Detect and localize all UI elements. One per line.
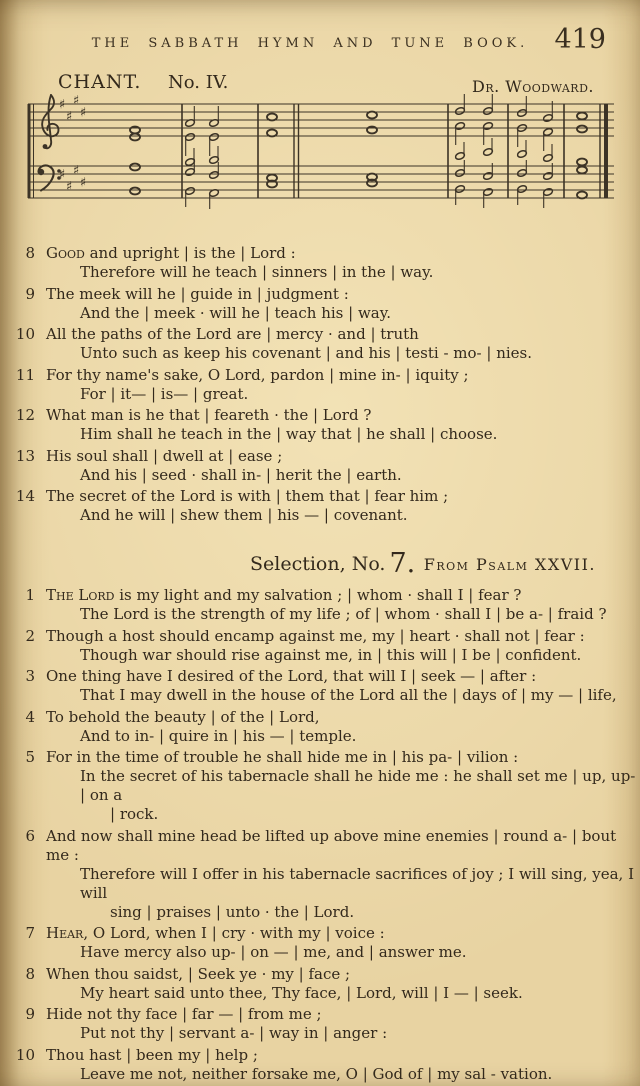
verse: 5For in the time of trouble he shall hid… — [0, 748, 640, 824]
verse-line: What man is he that | feareth · the | Lo… — [46, 406, 640, 425]
verse-number: 9 — [0, 1005, 46, 1043]
verse-line: The Lord is my light and my salvation ; … — [46, 586, 640, 605]
barlines — [29, 104, 606, 198]
bass-clef-icon — [38, 165, 61, 190]
smallcaps-text: Hear — [46, 924, 83, 942]
verse-line: And to in- | quire in | his — | temple. — [46, 727, 640, 746]
page-number: 419 — [554, 24, 606, 55]
verse: 1The Lord is my light and my salvation ;… — [0, 586, 640, 624]
chant-title: CHANT. — [58, 71, 141, 93]
verse-line: When thou saidst, | Seek ye · my | face … — [46, 965, 640, 984]
verse-lines: The meek will he | guide in | judgment :… — [46, 285, 640, 323]
selection-title-text: Selection, No. — [250, 553, 385, 575]
selection-source: From Psalm XXVII. — [424, 555, 596, 574]
svg-text:♯: ♯ — [80, 106, 86, 121]
verse-lines: And now shall mine head be lifted up abo… — [46, 827, 640, 922]
svg-text:♯: ♯ — [59, 98, 65, 113]
verse-line: My heart said unto thee, Thy face, | Lor… — [46, 984, 640, 1003]
verse-line: One thing have I desired of the Lord, th… — [46, 667, 640, 686]
verse-line: The secret of the Lord is with | them th… — [46, 487, 640, 506]
verse-lines: Thou hast | been my | help ;Leave me not… — [46, 1046, 640, 1084]
verse: 10Thou hast | been my | help ;Leave me n… — [0, 1046, 640, 1084]
verse-line: Hide not thy face | far — | from me ; — [46, 1005, 640, 1024]
verse-lines: Good and upright | is the | Lord :Theref… — [46, 244, 640, 282]
notes — [130, 94, 587, 209]
verse-line: | rock. — [46, 805, 640, 824]
selection-verses-list: 1The Lord is my light and my salvation ;… — [0, 586, 640, 1086]
verse: 11For thy name's sake, O Lord, pardon | … — [0, 366, 640, 404]
verse-line: For in the time of trouble he shall hide… — [46, 748, 640, 767]
verse-lines: For in the time of trouble he shall hide… — [46, 748, 640, 824]
verse-number: 10 — [0, 1046, 46, 1084]
verse-number: 13 — [0, 447, 46, 485]
verse-line: Leave me not, neither forsake me, O | Go… — [46, 1065, 640, 1084]
verse-number: 8 — [0, 244, 46, 282]
chant-verses-list: 8Good and upright | is the | Lord :There… — [0, 244, 640, 528]
verse-number: 4 — [0, 708, 46, 746]
verse: 8When thou saidst, | Seek ye · my | face… — [0, 965, 640, 1003]
svg-text:♯: ♯ — [59, 168, 65, 183]
book-page: THE SABBATH HYMN AND TUNE BOOK. 419 CHAN… — [0, 0, 640, 1086]
smallcaps-text: The Lord — [46, 586, 114, 604]
verse-line: Therefore will he teach | sinners | in t… — [46, 263, 640, 282]
verse-line: Him shall he teach in the | way that | h… — [46, 425, 640, 444]
verse-line: In the secret of his tabernacle shall he… — [46, 767, 640, 805]
verse-line: Good and upright | is the | Lord : — [46, 244, 640, 263]
svg-text:♯: ♯ — [73, 94, 79, 109]
verse-line: And now shall mine head be lifted up abo… — [46, 827, 640, 865]
verse: 14The secret of the Lord is with | them … — [0, 487, 640, 525]
smallcaps-text: Good — [46, 244, 85, 262]
verse-line: Unto such as keep his covenant | and his… — [46, 344, 640, 363]
verse-line: And his | seed · shall in- | herit the |… — [46, 466, 640, 485]
verse: 7Hear, O Lord, when I | cry · with my | … — [0, 924, 640, 962]
verse-lines: One thing have I desired of the Lord, th… — [46, 667, 640, 705]
verse-line: Hear, O Lord, when I | cry · with my | v… — [46, 924, 640, 943]
verse-line: And he will | shew them | his — | covena… — [46, 506, 640, 525]
verse-number: 2 — [0, 627, 46, 665]
verse: 3One thing have I desired of the Lord, t… — [0, 667, 640, 705]
verse-line: To behold the beauty | of the | Lord, — [46, 708, 640, 727]
verse-line: Though war should rise against me, in | … — [46, 646, 640, 665]
verse: 12What man is he that | feareth · the | … — [0, 406, 640, 444]
verse-number: 11 — [0, 366, 46, 404]
verse: 6And now shall mine head be lifted up ab… — [0, 827, 640, 922]
verse-lines: His soul shall | dwell at | ease ;And hi… — [46, 447, 640, 485]
verse-number: 14 — [0, 487, 46, 525]
verse-lines: The Lord is my light and my salvation ; … — [46, 586, 640, 624]
verse-lines: When thou saidst, | Seek ye · my | face … — [46, 965, 640, 1003]
verse-line: The meek will he | guide in | judgment : — [46, 285, 640, 304]
chant-score: ♯♯♯♯♯♯♯♯ — [14, 92, 626, 220]
chant-number: No. IV. — [168, 72, 228, 93]
verse-line: For | it— | is— | great. — [46, 385, 640, 404]
verse-number: 8 — [0, 965, 46, 1003]
verse-line: And the | meek · will he | teach his | w… — [46, 304, 640, 323]
verse-line: All the paths of the Lord are | mercy · … — [46, 325, 640, 344]
verse-line: Put not thy | servant a- | way in | ange… — [46, 1024, 640, 1043]
verse-number: 10 — [0, 325, 46, 363]
verse-number: 6 — [0, 827, 46, 922]
verse: 13His soul shall | dwell at | ease ;And … — [0, 447, 640, 485]
verse-number: 9 — [0, 285, 46, 323]
verse-lines: The secret of the Lord is with | them th… — [46, 487, 640, 525]
verse-number: 12 — [0, 406, 46, 444]
verse-line: For thy name's sake, O Lord, pardon | mi… — [46, 366, 640, 385]
verse-lines: All the paths of the Lord are | mercy · … — [46, 325, 640, 363]
svg-text:♯: ♯ — [66, 110, 72, 125]
verse-line: His soul shall | dwell at | ease ; — [46, 447, 640, 466]
verse-line: sing | praises | unto · the | Lord. — [46, 903, 640, 922]
verse-number: 5 — [0, 748, 46, 824]
verse-lines: To behold the beauty | of the | Lord,And… — [46, 708, 640, 746]
verse: 8Good and upright | is the | Lord :There… — [0, 244, 640, 282]
verse: 4To behold the beauty | of the | Lord,An… — [0, 708, 640, 746]
verse-lines: Hide not thy face | far — | from me ;Put… — [46, 1005, 640, 1043]
verse-lines: Hear, O Lord, when I | cry · with my | v… — [46, 924, 640, 962]
treble-clef-icon — [42, 95, 58, 149]
verse: 9The meek will he | guide in | judgment … — [0, 285, 640, 323]
verse-line: That I may dwell in the house of the Lor… — [46, 686, 640, 705]
selection-number: 7. — [385, 548, 415, 579]
verse-line: The Lord is the strength of my life ; of… — [46, 605, 640, 624]
verse-line: Thou hast | been my | help ; — [46, 1046, 640, 1065]
verse-lines: For thy name's sake, O Lord, pardon | mi… — [46, 366, 640, 404]
svg-text:♯: ♯ — [73, 164, 79, 179]
selection-heading: Selection, No.7. — [250, 550, 415, 577]
verse: 2Though a host should encamp against me,… — [0, 627, 640, 665]
key-signature: ♯♯♯♯♯♯♯♯ — [59, 94, 86, 195]
verse-number: 1 — [0, 586, 46, 624]
verse-line: Therefore will I offer in his tabernacle… — [46, 865, 640, 903]
running-head: THE SABBATH HYMN AND TUNE BOOK. — [30, 36, 590, 51]
verse: 10All the paths of the Lord are | mercy … — [0, 325, 640, 363]
verse-line: Though a host should encamp against me, … — [46, 627, 640, 646]
svg-text:♯: ♯ — [66, 180, 72, 195]
verse-line: Have mercy also up- | on — | me, and | a… — [46, 943, 640, 962]
svg-text:♯: ♯ — [80, 176, 86, 191]
verse-number: 3 — [0, 667, 46, 705]
verse-lines: What man is he that | feareth · the | Lo… — [46, 406, 640, 444]
verse-lines: Though a host should encamp against me, … — [46, 627, 640, 665]
verse-number: 7 — [0, 924, 46, 962]
verse: 9Hide not thy face | far — | from me ;Pu… — [0, 1005, 640, 1043]
